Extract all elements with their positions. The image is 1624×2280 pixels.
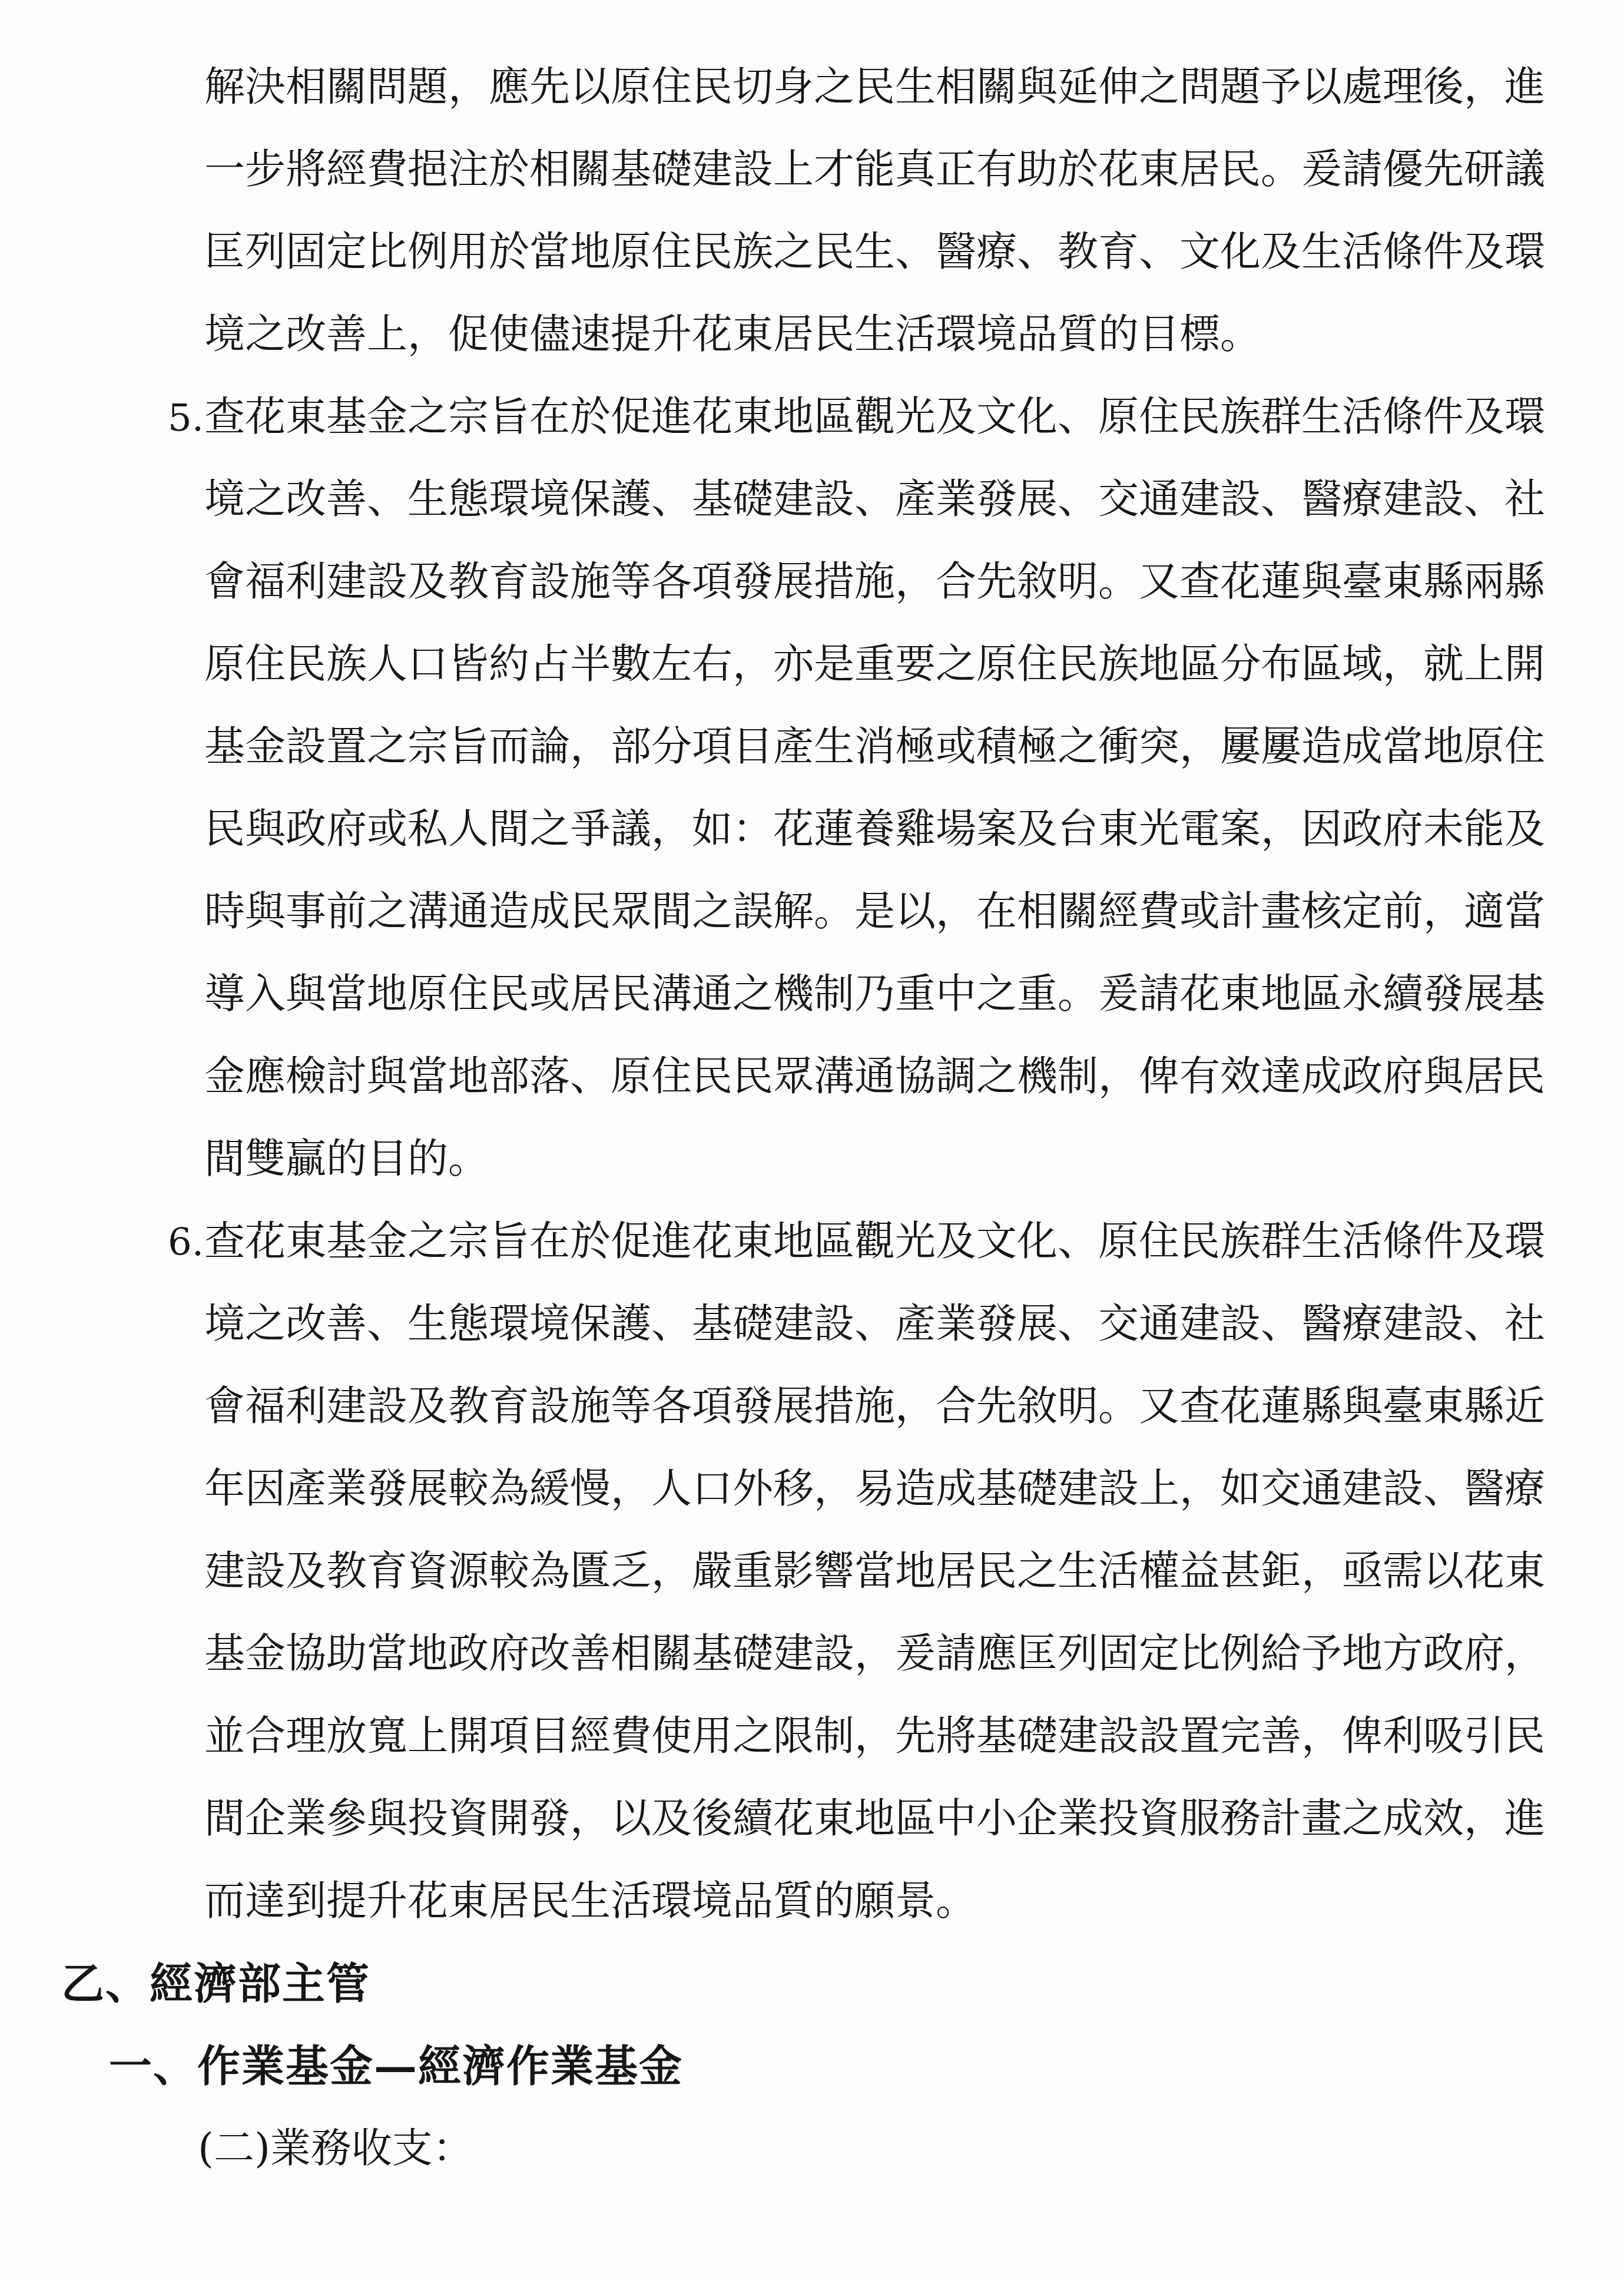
text-line: 境之改善、生態環境保護、基礎建設、產業發展、交通建設、醫療建設、社: [204, 1283, 1545, 1365]
text-line: 間雙贏的目的。: [204, 1118, 489, 1200]
clause-label: (二)業務收支：: [198, 2107, 473, 2190]
text-line: 一步將經費挹注於相關基礎建設上才能真正有助於花東居民。爰請優先研議: [204, 128, 1545, 211]
text-line: 境之改善上，促使儘速提升花東居民生活環境品質的目標。: [204, 293, 1261, 376]
subsection-heading: 一、作業基金—經濟作業基金: [109, 2025, 683, 2107]
text-line: 民與政府或私人間之爭議，如：花蓮養雞場案及台東光電案，因政府未能及: [204, 788, 1545, 871]
text-line: 原住民族人口皆約占半數左右，亦是重要之原住民族地區分布區域，就上開: [204, 623, 1545, 706]
text-line: 匡列固定比例用於當地原住民族之民生、醫療、教育、文化及生活條件及環: [204, 211, 1545, 293]
list-item-line: 6. 查花東基金之宗旨在於促進花東地區觀光及文化、原住民族群生活條件及環: [204, 1200, 1545, 1283]
text-line: 而達到提升花東居民生活環境品質的願景。: [204, 1860, 976, 1943]
text-line: 金應檢討與當地部落、原住民民眾溝通協調之機制，俾有效達成政府與居民: [204, 1035, 1545, 1118]
text-line: 會福利建設及教育設施等各項發展措施，合先敘明。又查花蓮縣與臺東縣近: [204, 1365, 1545, 1448]
text-line: 建設及教育資源較為匱乏，嚴重影響當地居民之生活權益甚鉅，亟需以花東: [204, 1530, 1545, 1613]
text-line: 時與事前之溝通造成民眾間之誤解。是以，在相關經費或計畫核定前，適當: [204, 871, 1545, 953]
section-heading: 乙、經濟部主管: [61, 1943, 370, 2025]
text-line: 基金設置之宗旨而論，部分項目產生消極或積極之衝突，屢屢造成當地原住: [204, 706, 1545, 788]
list-item-line: 5. 查花東基金之宗旨在於促進花東地區觀光及文化、原住民族群生活條件及環: [204, 376, 1545, 458]
text-line: 境之改善、生態環境保護、基礎建設、產業發展、交通建設、醫療建設、社: [204, 458, 1545, 541]
text-line: 解決相關問題，應先以原住民切身之民生相關與延伸之問題予以處理後，進: [204, 46, 1545, 128]
text-line: 會福利建設及教育設施等各項發展措施，合先敘明。又查花蓮與臺東縣兩縣: [204, 541, 1545, 623]
text-line: 基金協助當地政府改善相關基礎建設，爰請應匡列固定比例給予地方政府，: [204, 1613, 1545, 1695]
text-line: 導入與當地原住民或居民溝通之機制乃重中之重。爰請花東地區永續發展基: [204, 953, 1545, 1035]
list-item-text: 查花東基金之宗旨在於促進花東地區觀光及文化、原住民族群生活條件及環: [204, 393, 1545, 441]
text-line: 年因產業發展較為緩慢，人口外移，易造成基礎建設上，如交通建設、醫療: [204, 1448, 1545, 1530]
document-page: 解決相關問題，應先以原住民切身之民生相關與延伸之問題予以處理後，進 一步將經費挹…: [0, 0, 1624, 2280]
list-number: 5.: [168, 377, 204, 459]
list-item-text: 查花東基金之宗旨在於促進花東地區觀光及文化、原住民族群生活條件及環: [204, 1218, 1545, 1265]
text-line: 並合理放寬上開項目經費使用之限制，先將基礎建設設置完善，俾利吸引民: [204, 1695, 1545, 1778]
text-line: 間企業參與投資開發，以及後續花東地區中小企業投資服務計畫之成效，進: [204, 1778, 1545, 1860]
list-number: 6.: [168, 1202, 204, 1284]
